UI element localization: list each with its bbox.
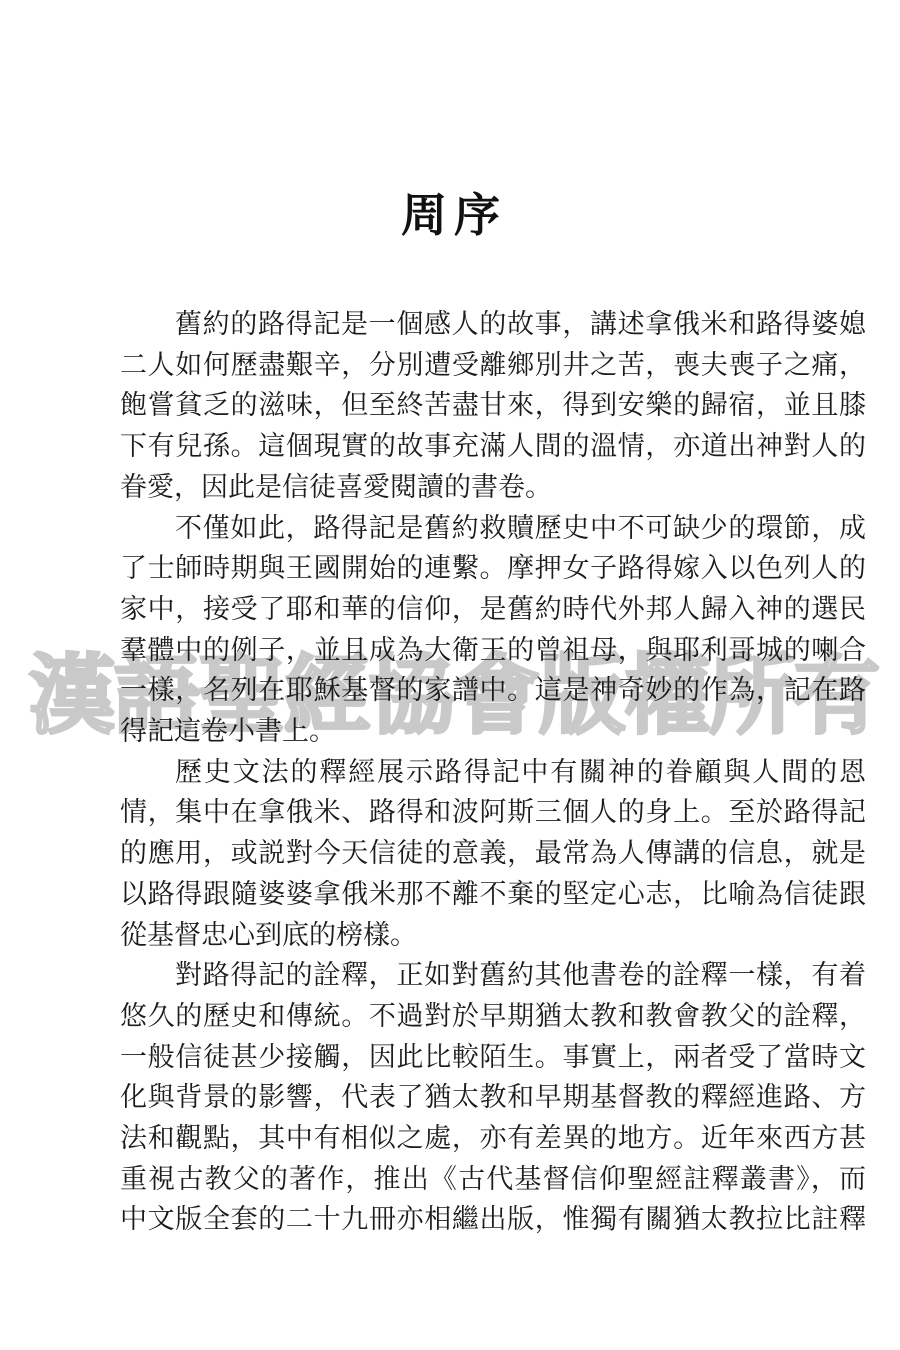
paragraph: 不僅如此，路得記是舊約救贖歷史中不可缺少的環節，成 了士師時期與王國開始的連繫。… (120, 508, 866, 752)
text-line: 化與背景的影響，代表了猶太教和早期基督教的釋經進路、方 (120, 1077, 866, 1118)
text-line: 的應用，或説對今天信徒的意義，最常為人傳講的信息，就是 (120, 833, 866, 874)
text-line: 下有兒孫。這個現實的故事充滿人間的溫情，亦道出神對人的 (120, 426, 866, 467)
text-line: 二人如何歷盡艱辛，分別遭受離鄉別井之苦，喪夫喪子之痛， (120, 345, 866, 386)
text-line: 眷愛，因此是信徒喜愛閱讀的書卷。 (120, 467, 866, 508)
paragraph: 舊約的路得記是一個感人的故事，講述拿俄米和路得婆媳 二人如何歷盡艱辛，分別遭受離… (120, 304, 866, 508)
text-line: 飽嘗貧乏的滋味，但至終苦盡甘來，得到安樂的歸宿，並且膝 (120, 385, 866, 426)
text-line: 歷史文法的釋經展示路得記中有關神的眷顧與人間的恩 (120, 752, 866, 793)
page-title: 周序 (0, 179, 900, 245)
scanned-book-page: 漢語聖經協會版權所有 周序 舊約的路得記是一個感人的故事，講述拿俄米和路得婆媳 … (0, 0, 900, 1350)
text-line: 以路得跟隨婆婆拿俄米那不離不棄的堅定心志，比喻為信徒跟 (120, 874, 866, 915)
paragraph: 歷史文法的釋經展示路得記中有關神的眷顧與人間的恩 情，集中在拿俄米、路得和波阿斯… (120, 752, 866, 956)
text-line: 不僅如此，路得記是舊約救贖歷史中不可缺少的環節，成 (120, 508, 866, 549)
text-line: 一般信徒甚少接觸，因此比較陌生。事實上，兩者受了當時文 (120, 1037, 866, 1078)
text-line: 羣體中的例子，並且成為大衛王的曾祖母，與耶利哥城的喇合 (120, 630, 866, 671)
text-line: 舊約的路得記是一個感人的故事，講述拿俄米和路得婆媳 (120, 304, 866, 345)
paragraph: 對路得記的詮釋，正如對舊約其他書卷的詮釋一樣，有着 悠久的歷史和傳統。不過對於早… (120, 955, 866, 1240)
preface-body: 舊約的路得記是一個感人的故事，講述拿俄米和路得婆媳 二人如何歷盡艱辛，分別遭受離… (120, 304, 866, 1240)
text-line: 對路得記的詮釋，正如對舊約其他書卷的詮釋一樣，有着 (120, 955, 866, 996)
text-line: 情，集中在拿俄米、路得和波阿斯三個人的身上。至於路得記 (120, 792, 866, 833)
text-line: 得記這卷小書上。 (120, 711, 866, 752)
text-line: 一樣，名列在耶穌基督的家譜中。這是神奇妙的作為，記在路 (120, 670, 866, 711)
text-line: 家中，接受了耶和華的信仰，是舊約時代外邦人歸入神的選民 (120, 589, 866, 630)
text-line: 中文版全套的二十九冊亦相繼出版，惟獨有關猶太教拉比註釋 (120, 1199, 866, 1240)
text-line: 悠久的歷史和傳統。不過對於早期猶太教和教會教父的詮釋， (120, 996, 866, 1037)
text-line: 了士師時期與王國開始的連繫。摩押女子路得嫁入以色列人的 (120, 548, 866, 589)
text-line: 從基督忠心到底的榜樣。 (120, 915, 866, 956)
text-line: 法和觀點，其中有相似之處，亦有差異的地方。近年來西方甚 (120, 1118, 866, 1159)
text-line: 重視古教父的著作，推出《古代基督信仰聖經註釋叢書》，而 (120, 1159, 866, 1200)
